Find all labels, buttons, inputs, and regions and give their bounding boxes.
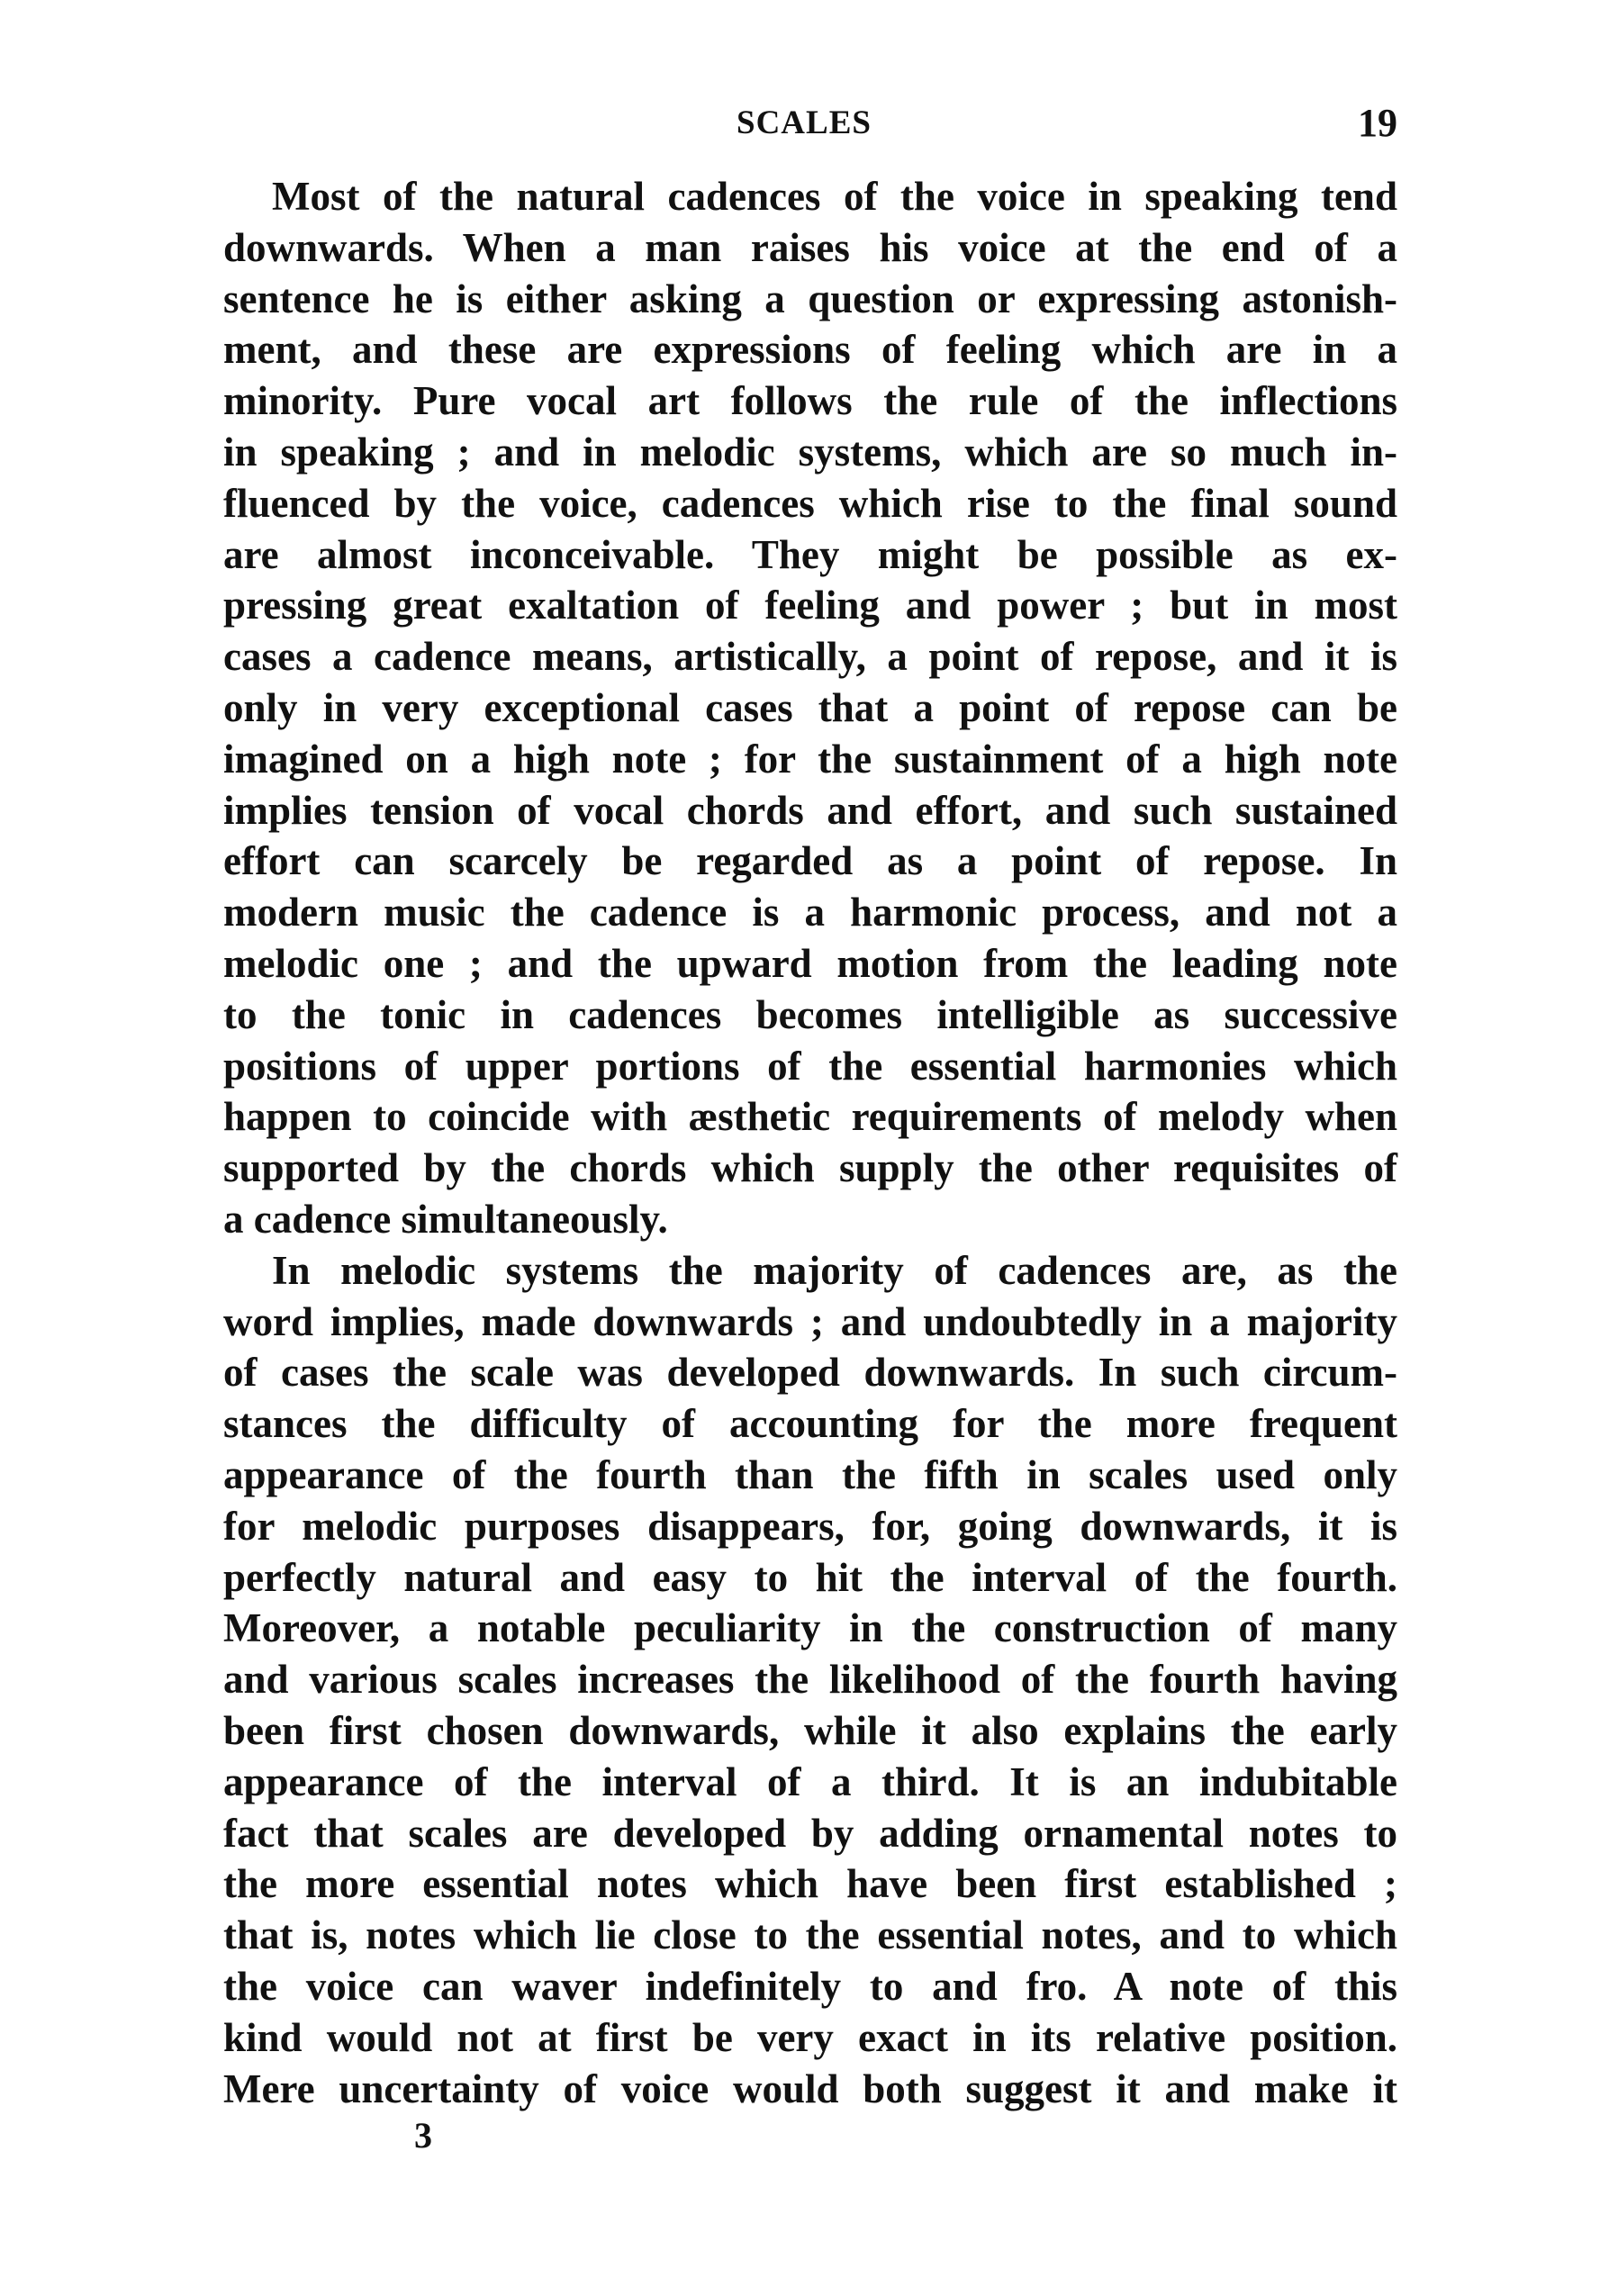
paragraph-1-line-20: supported by the chords which supply the… — [223, 1143, 1397, 1193]
paragraph-1-line-4: ment, and these are expressions of feeli… — [223, 324, 1397, 375]
paragraph-2-line-5: appearance of the fourth than the fifth … — [223, 1450, 1397, 1500]
paragraph-1-line-10: cases a cadence means, artistically, a p… — [223, 631, 1397, 682]
paragraph-1-line-19: happen to coincide with æsthetic require… — [223, 1091, 1397, 1142]
paragraph-1-line-8: are almost inconceivable. They might be … — [223, 529, 1397, 580]
paragraph-1-line-21: a cadence simultaneously. — [223, 1194, 1397, 1244]
paragraph-1-line-16: melodic one ; and the upward motion from… — [223, 938, 1397, 989]
paragraph-2-line-8: Moreover, a notable peculiarity in the c… — [223, 1603, 1397, 1653]
paragraph-2-line-7: perfectly natural and easy to hit the in… — [223, 1552, 1397, 1603]
paragraph-2-line-16: kind would not at first be very exact in… — [223, 2012, 1397, 2063]
paragraph-2-line-10: been first chosen downwards, while it al… — [223, 1705, 1397, 1756]
paragraph-2-line-14: that is, notes which lie close to the es… — [223, 1910, 1397, 1960]
paragraph-1-line-9: pressing great exaltation of feeling and… — [223, 580, 1397, 630]
paragraph-2-line-9: and various scales increases the likelih… — [223, 1654, 1397, 1704]
chapter-title: SCALES — [737, 105, 872, 141]
paragraph-1-line-3: sentence he is either asking a question … — [223, 274, 1397, 324]
paragraph-1-line-17: to the tonic in cadences becomes intelli… — [223, 990, 1397, 1040]
running-head: SCALES 19 — [223, 105, 1397, 141]
paragraph-1-line-13: implies tension of vocal chords and effo… — [223, 785, 1397, 836]
paragraph-2-line-17: Mere uncertainty of voice would both sug… — [223, 2064, 1397, 2114]
paragraph-1-line-7: fluenced by the voice, cadences which ri… — [223, 478, 1397, 529]
paragraph-1-line-6: in speaking ; and in melodic systems, wh… — [223, 427, 1397, 477]
page-number: 19 — [1358, 105, 1397, 141]
paragraph-1-line-2: downwards. When a man raises his voice a… — [223, 222, 1397, 273]
paragraph-1-line-12: imagined on a high note ; for the sustai… — [223, 734, 1397, 784]
paragraph-1-line-11: only in very exceptional cases that a po… — [223, 682, 1397, 733]
paragraph-2-line-12: fact that scales are developed by adding… — [223, 1808, 1397, 1858]
paragraph-2-line-2: word implies, made downwards ; and undou… — [223, 1297, 1397, 1347]
paragraph-2-line-13: the more essential notes which have been… — [223, 1858, 1397, 1909]
paragraph-2-line-6: for melodic purposes disappears, for, go… — [223, 1501, 1397, 1551]
signature-mark: 3 — [414, 2118, 432, 2154]
paragraph-2-line-3: of cases the scale was developed downwar… — [223, 1347, 1397, 1397]
paragraph-2-line-1: In melodic systems the majority of caden… — [272, 1245, 1397, 1296]
paragraph-2-line-4: stances the difficulty of accounting for… — [223, 1398, 1397, 1449]
book-page: SCALES 19 Most of the natural cadences o… — [0, 0, 1618, 2296]
paragraph-1-line-1: Most of the natural cadences of the voic… — [272, 171, 1397, 221]
paragraph-1-line-5: minority. Pure vocal art follows the rul… — [223, 375, 1397, 426]
paragraph-1-line-15: modern music the cadence is a harmonic p… — [223, 887, 1397, 937]
paragraph-1-line-14: effort can scarcely be regarded as a poi… — [223, 836, 1397, 886]
paragraph-2-line-11: appearance of the interval of a third. I… — [223, 1757, 1397, 1807]
paragraph-1-line-18: positions of upper portions of the essen… — [223, 1041, 1397, 1091]
paragraph-2-line-15: the voice can waver indefinitely to and … — [223, 1961, 1397, 2011]
